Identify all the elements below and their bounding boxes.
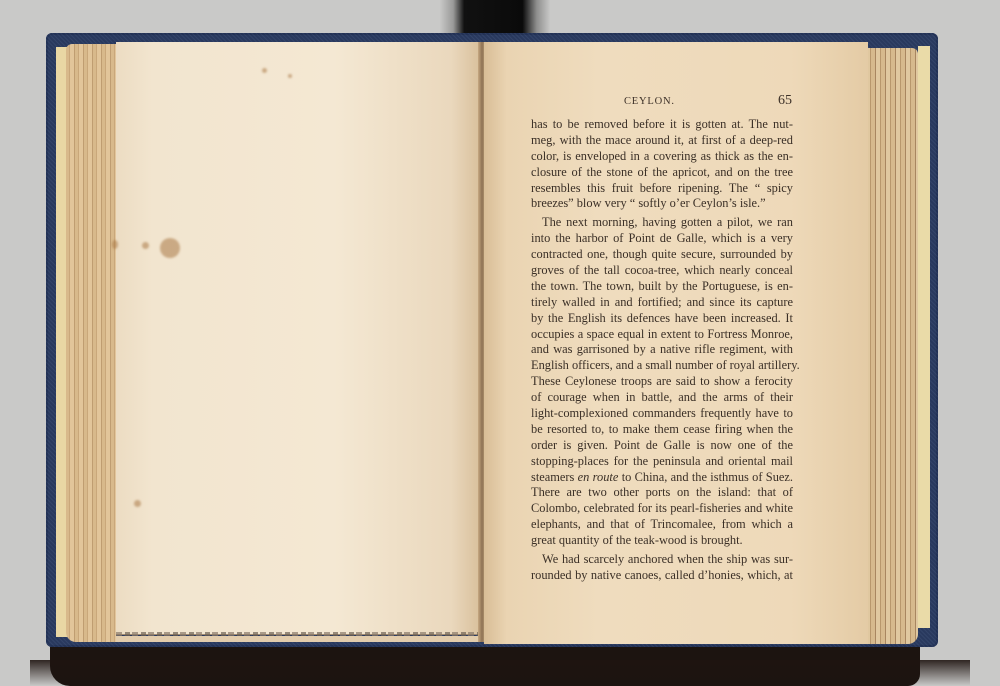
text-line: These Ceylonese troops are said to show … xyxy=(531,374,793,390)
foxing-stain xyxy=(262,68,267,73)
text-line: steamers en route to China, and the isth… xyxy=(531,470,793,486)
text-line: elephants, and that of Trincomalee, from… xyxy=(531,517,793,533)
page-body-text: has to be removed before it is gotten at… xyxy=(531,117,793,584)
running-head: CEYLON. 65 xyxy=(536,96,792,112)
text-line: resembles this fruit before ripening. Th… xyxy=(531,181,793,197)
left-page-edges xyxy=(66,44,116,642)
foxing-stain xyxy=(142,242,149,249)
text-line: color, is enveloped in a covering as thi… xyxy=(531,149,793,165)
text-line: order is given. Point de Galle is now on… xyxy=(531,438,793,454)
text-line: light-complexioned commanders frequently… xyxy=(531,406,793,422)
text-line: The next morning, having gotten a pilot,… xyxy=(531,215,793,231)
page-number: 65 xyxy=(778,93,792,109)
text-line: tirely walled in and fortified; and sinc… xyxy=(531,295,793,311)
text-line: English officers, and a small number of … xyxy=(531,358,793,374)
text-line: stopping-places for the peninsula and or… xyxy=(531,454,793,470)
text-line: closure of the stone of the apricot, and… xyxy=(531,165,793,181)
text-line: the town. The town, built by the Portugu… xyxy=(531,279,793,295)
text-line: meg, with the mace around it, at first o… xyxy=(531,133,793,149)
foxing-stain xyxy=(112,240,118,249)
running-head-title: CEYLON. xyxy=(624,96,675,107)
text-line: of courage when in battle, and the arms … xyxy=(531,390,793,406)
text-line: groves of the tall cocoa-tree, which nea… xyxy=(531,263,793,279)
foxing-stain xyxy=(160,238,180,258)
text-line: rounded by native canoes, called d’honie… xyxy=(531,568,793,584)
left-page-bottom xyxy=(116,636,482,642)
left-page-blank xyxy=(116,42,480,635)
text-line: great quantity of the teak-wood is broug… xyxy=(531,533,793,549)
text-line: breezes” blow very “ softly o’er Ceylon’… xyxy=(531,196,793,212)
right-endpaper xyxy=(918,46,930,628)
text-line: into the harbor of Point de Galle, which… xyxy=(531,231,793,247)
text-line: be resorted to, to make them cease firin… xyxy=(531,422,793,438)
foxing-stain xyxy=(134,500,141,507)
text-line: Colombo, celebrated for its pearl-fisher… xyxy=(531,501,793,517)
right-page-edges xyxy=(866,48,918,644)
book-shadow-fade xyxy=(30,660,970,686)
text-line: has to be removed before it is gotten at… xyxy=(531,117,793,133)
foxing-stain xyxy=(288,74,292,78)
text-line: There are two other ports on the island:… xyxy=(531,485,793,501)
text-line: occupies a space equal in extent to Fort… xyxy=(531,327,793,343)
text-line: contracted one, though quite secure, sur… xyxy=(531,247,793,263)
text-line: by the English its defences have been in… xyxy=(531,311,793,327)
text-line: We had scarcely anchored when the ship w… xyxy=(531,552,793,568)
text-line: and was garrisoned by a native rifle reg… xyxy=(531,342,793,358)
